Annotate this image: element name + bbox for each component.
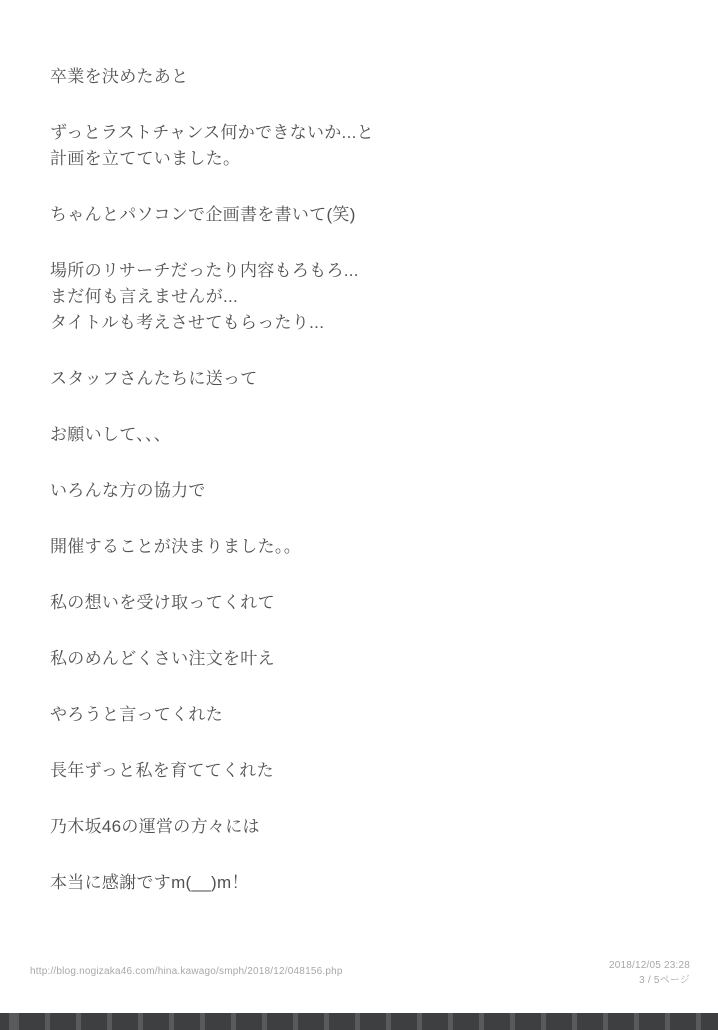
paragraph: 場所のリサーチだったり内容もろもろ... まだ何も言えませんが... タイトルも… (50, 258, 688, 336)
page-indicator: 3 / 5ページ (609, 974, 690, 989)
body-line: お願いして、、、 (50, 422, 688, 448)
paragraph: 長年ずっと私を育ててくれた (50, 758, 688, 784)
body-line: いろんな方の協力で (50, 478, 688, 504)
body-line: 私の想いを受け取ってくれて (50, 590, 688, 616)
body-line: やろうと言ってくれた (50, 702, 688, 728)
body-line: 計画を立てていました。 (50, 146, 688, 172)
paragraph: 私のめんどくさい注文を叶え (50, 646, 688, 672)
paragraph: やろうと言ってくれた (50, 702, 688, 728)
body-line: 乃木坂46の運営の方々には (50, 814, 688, 840)
blog-body-text: 卒業を決めたあと ずっとラストチャンス何かできないか...と 計画を立てていまし… (50, 64, 688, 896)
body-line: ちゃんとパソコンで企画書を書いて(笑) (50, 202, 688, 228)
body-line: 長年ずっと私を育ててくれた (50, 758, 688, 784)
body-line: 私のめんどくさい注文を叶え (50, 646, 688, 672)
page-separator-bar (0, 1013, 718, 1030)
body-line: スタッフさんたちに送って (50, 366, 688, 392)
body-line: まだ何も言えませんが... (50, 284, 688, 310)
body-line: 開催することが決まりました。。 (50, 534, 688, 560)
print-meta: 2018/12/05 23:28 3 / 5ページ (609, 959, 690, 988)
paragraph: ずっとラストチャンス何かできないか...と 計画を立てていました。 (50, 120, 688, 172)
paragraph: 卒業を決めたあと (50, 64, 688, 90)
paragraph: 乃木坂46の運営の方々には (50, 814, 688, 840)
source-url: http://blog.nogizaka46.com/hina.kawago/s… (30, 966, 343, 977)
body-line: ずっとラストチャンス何かできないか...と (50, 120, 688, 146)
paragraph: スタッフさんたちに送って (50, 366, 688, 392)
paragraph: 私の想いを受け取ってくれて (50, 590, 688, 616)
paragraph: 本当に感謝ですm(__)m！ (50, 870, 688, 896)
print-timestamp: 2018/12/05 23:28 (609, 959, 690, 974)
body-line: 卒業を決めたあと (50, 64, 688, 90)
body-line: 場所のリサーチだったり内容もろもろ... (50, 258, 688, 284)
paragraph: いろんな方の協力で (50, 478, 688, 504)
paragraph: ちゃんとパソコンで企画書を書いて(笑) (50, 202, 688, 228)
body-line: 本当に感謝ですm(__)m！ (50, 870, 688, 896)
body-line: タイトルも考えさせてもらったり... (50, 310, 688, 336)
print-preview-page: 卒業を決めたあと ずっとラストチャンス何かできないか...と 計画を立てていまし… (0, 0, 718, 1030)
print-footer: http://blog.nogizaka46.com/hina.kawago/s… (30, 959, 690, 988)
paragraph: 開催することが決まりました。。 (50, 534, 688, 560)
paragraph: お願いして、、、 (50, 422, 688, 448)
